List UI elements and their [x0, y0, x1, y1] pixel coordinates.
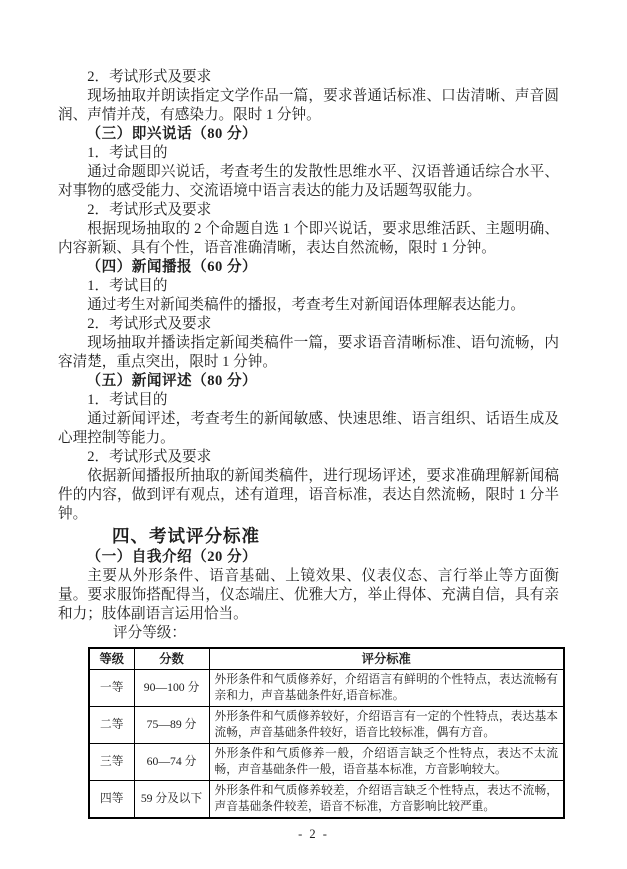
column-header-score: 分数	[134, 648, 209, 670]
paragraph: 现场抽取并朗读指定文学作品一篇，要求普通话标准、口齿清晰、声音圆润、声情并茂，有…	[58, 87, 559, 125]
paragraph: 根据现场抽取的 2 个命题自选 1 个即兴说话，要求思维活跃、主题明确、内容新颖…	[58, 220, 559, 258]
document-body: 2．考试形式及要求 现场抽取并朗读指定文学作品一篇，要求普通话标准、口齿清晰、声…	[58, 68, 559, 819]
section-heading-4: （四）新闻播报（60 分）	[58, 258, 559, 277]
document-page: 2．考试形式及要求 现场抽取并朗读指定文学作品一篇，要求普通话标准、口齿清晰、声…	[0, 0, 627, 869]
numbered-item: 1．考试目的	[58, 144, 559, 163]
paragraph: 通过新闻评述，考查考生的新闻敏感、快速思维、语言组织、话语生成及心理控制等能力。	[58, 410, 559, 448]
grade-cell: 三等	[89, 744, 134, 781]
numbered-item: 2．考试形式及要求	[58, 201, 559, 220]
criteria-cell: 外形条件和气质修养较差，介绍语言缺乏个性特点，表达不流畅，声音基础条件较差，语音…	[209, 781, 564, 819]
section-heading-3: （三）即兴说话（80 分）	[58, 125, 559, 144]
page-number: - 2 -	[0, 827, 627, 842]
table-row: 四等 59 分及以下 外形条件和气质修养较差，介绍语言缺乏个性特点，表达不流畅，…	[89, 781, 564, 819]
criteria-cell: 外形条件和气质修养一般，介绍语言缺乏个性特点，表达不太流畅，声音基础条件一般，语…	[209, 744, 564, 781]
grade-cell: 二等	[89, 707, 134, 744]
table-row: 三等 60—74 分 外形条件和气质修养一般，介绍语言缺乏个性特点，表达不太流畅…	[89, 744, 564, 781]
numbered-item: 2．考试形式及要求	[58, 315, 559, 334]
chapter-heading: 四、考试评分标准	[58, 524, 559, 548]
table-row: 一等 90—100 分 外形条件和气质修养好，介绍语言有鲜明的个性特点，表达流畅…	[89, 670, 564, 707]
table-caption: 评分等级：	[58, 624, 559, 643]
section-heading-1: （一）自我介绍（20 分）	[58, 548, 559, 567]
grade-cell: 四等	[89, 781, 134, 819]
column-header-criteria: 评分标准	[209, 648, 564, 670]
score-cell: 60—74 分	[134, 744, 209, 781]
paragraph: 主要从外形条件、语音基础、上镜效果、仪表仪态、言行举止等方面衡量。要求服饰搭配得…	[58, 567, 559, 624]
numbered-item: 1．考试目的	[58, 277, 559, 296]
score-cell: 59 分及以下	[134, 781, 209, 819]
criteria-cell: 外形条件和气质修养好，介绍语言有鲜明的个性特点，表达流畅有亲和力，声音基础条件好…	[209, 670, 564, 707]
scoring-table: 等级 分数 评分标准 一等 90—100 分 外形条件和气质修养好，介绍语言有鲜…	[88, 647, 565, 819]
numbered-item: 2．考试形式及要求	[58, 68, 559, 87]
numbered-item: 2．考试形式及要求	[58, 448, 559, 467]
table-row: 二等 75—89 分 外形条件和气质修养较好，介绍语言有一定的个性特点，表达基本…	[89, 707, 564, 744]
score-cell: 75—89 分	[134, 707, 209, 744]
paragraph: 现场抽取并播读指定新闻类稿件一篇，要求语音清晰标准、语句流畅，内容清楚，重点突出…	[58, 334, 559, 372]
criteria-cell: 外形条件和气质修养较好，介绍语言有一定的个性特点，表达基本流畅，声音基础条件较好…	[209, 707, 564, 744]
paragraph: 通过命题即兴说话，考查考生的发散性思维水平、汉语普通话综合水平、对事物的感受能力…	[58, 163, 559, 201]
column-header-grade: 等级	[89, 648, 134, 670]
paragraph: 依据新闻播报所抽取的新闻类稿件，进行现场评述，要求准确理解新闻稿件的内容，做到评…	[58, 467, 559, 524]
paragraph: 通过考生对新闻类稿件的播报，考查考生对新闻语体理解表达能力。	[58, 296, 559, 315]
score-cell: 90—100 分	[134, 670, 209, 707]
table-header-row: 等级 分数 评分标准	[89, 648, 564, 670]
section-heading-5: （五）新闻评述（80 分）	[58, 372, 559, 391]
grade-cell: 一等	[89, 670, 134, 707]
numbered-item: 1．考试目的	[58, 391, 559, 410]
